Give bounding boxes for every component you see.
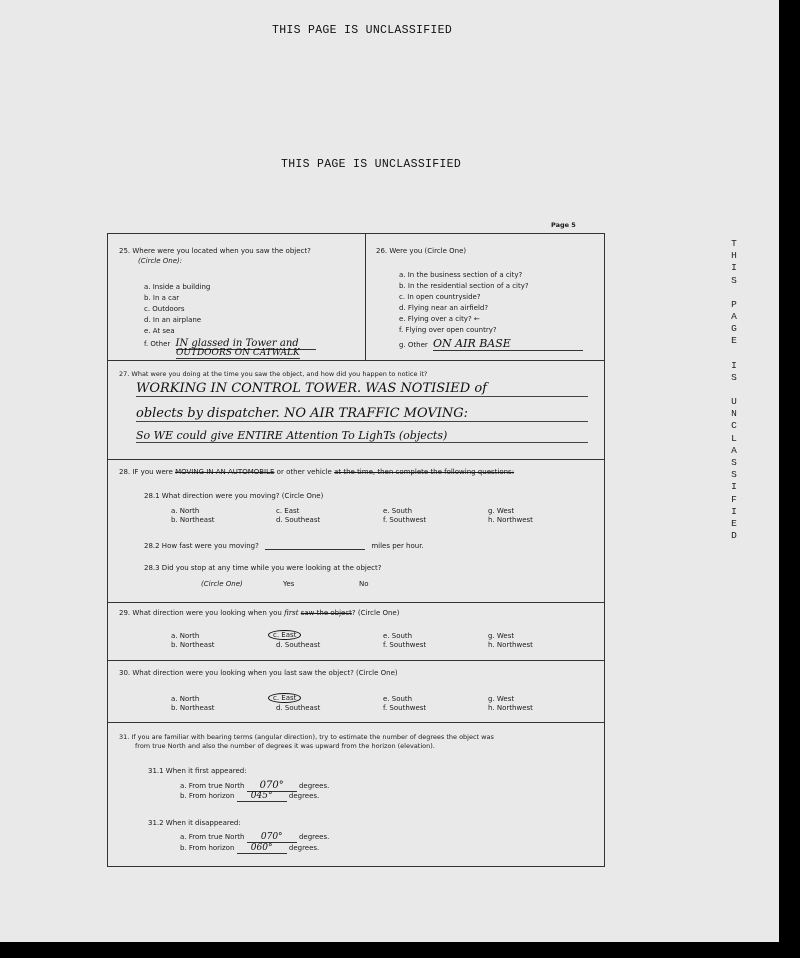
q28-1-option-f: f. Southwest [383, 516, 426, 524]
q28-1-option-d: d. Southeast [276, 516, 320, 524]
q31-2-label: 31.2 When it disappeared: [148, 819, 241, 827]
q31-2-north-row: a. From true North 070° degrees. [180, 832, 329, 843]
q28-question: 28. IF you were MOVING IN AN AUTOMOBILE … [119, 468, 514, 476]
section-q31: 31. If you are familiar with bearing ter… [108, 723, 604, 868]
q29-question: 29. What direction were you looking when… [119, 609, 399, 617]
q31-1-north-unit: degrees. [299, 782, 329, 790]
q31-question-line1: 31. If you are familiar with bearing ter… [119, 733, 494, 741]
q29-option-c-selected: c. East [268, 630, 301, 640]
q30-option-a: a. North [171, 695, 199, 703]
q28-3-option-no: No [359, 580, 369, 588]
q26-option-c: c. In open countryside? [399, 293, 481, 301]
q31-1-horizon-row: b. From horizon 045° degrees. [180, 791, 319, 802]
q27-answer-line3[interactable]: So WE could give ENTIRE Attention To Lig… [136, 429, 588, 443]
q25-option-e: e. At sea [144, 327, 175, 335]
q30-option-d: d. Southeast [276, 704, 320, 712]
q28-1-option-c: c. East [276, 507, 299, 515]
q30-option-e: e. South [383, 695, 412, 703]
q26-option-e: e. Flying over a city? ← [399, 315, 480, 323]
classification-stamp-top: THIS PAGE IS UNCLASSIFIED [272, 24, 452, 37]
q31-2-horizon-label: b. From horizon [180, 844, 234, 852]
section-q30: 30. What direction were you looking when… [108, 661, 604, 723]
q31-1-label: 31.1 When it first appeared: [148, 767, 247, 775]
q31-1-north-label: a. From true North [180, 782, 244, 790]
q28-1-option-g: g. West [488, 507, 514, 515]
q30-option-h: h. Northwest [488, 704, 533, 712]
q28-1-option-e: e. South [383, 507, 412, 515]
section-q27: 27. What were you doing at the time you … [108, 361, 604, 460]
q29-option-g: g. West [488, 632, 514, 640]
q27-question: 27. What were you doing at the time you … [119, 370, 427, 378]
section-q29: 29. What direction were you looking when… [108, 603, 604, 661]
q28-1-option-h: h. Northwest [488, 516, 533, 524]
scanned-page: THIS PAGE IS UNCLASSIFIED THIS PAGE IS U… [0, 0, 779, 942]
q26-option-g: g. Other ON AIR BASE [399, 337, 583, 351]
q25-other-answer-line2[interactable]: OUTDOORS ON CATWALK [176, 348, 300, 359]
q28-2-question: 28.2 How fast were you moving? [144, 542, 259, 550]
q25-option-c: c. Outdoors [144, 305, 185, 313]
q26-other-label: g. Other [399, 341, 428, 349]
section-q25-q26: 25. Where were you located when you saw … [108, 234, 604, 361]
q30-question: 30. What direction were you looking when… [119, 669, 398, 677]
q26-option-b: b. In the residential section of a city? [399, 282, 529, 290]
q28-1-option-a: a. North [171, 507, 199, 515]
q30-option-f: f. Southwest [383, 704, 426, 712]
q26-option-a: a. In the business section of a city? [399, 271, 522, 279]
q25-question: 25. Where were you located when you saw … [119, 247, 311, 255]
q25-other-label: f. Other [144, 340, 170, 348]
q28-1-option-b: b. Northeast [171, 516, 214, 524]
q27-answer-line2[interactable]: oblects by dispatcher. NO AIR TRAFFIC MO… [136, 406, 588, 422]
q30-option-c-selected: c. East [268, 693, 301, 703]
q31-question-line2: from true North and also the number of d… [135, 742, 435, 750]
classification-stamp-vertical: THIS PAGE IS UNCLASSIFIED [727, 238, 741, 542]
q26-other-answer[interactable]: ON AIR BASE [433, 337, 583, 351]
q29-option-f: f. Southwest [383, 641, 426, 649]
q30-option-b: b. Northeast [171, 704, 214, 712]
q26-option-f: f. Flying over open country? [399, 326, 497, 334]
q31-2-horizon-unit: degrees. [289, 844, 319, 852]
q30-option-g: g. West [488, 695, 514, 703]
q31-2-north-label: a. From true North [180, 833, 244, 841]
q31-1-horizon-unit: degrees. [289, 792, 319, 800]
q25-option-d: d. In an airplane [144, 316, 201, 324]
q28-3-instruction: (Circle One) [201, 580, 243, 588]
q31-1-horizon-label: b. From horizon [180, 792, 234, 800]
q28-3-question: 28.3 Did you stop at any time while you … [144, 564, 381, 572]
q28-1-question: 28.1 What direction were you moving? (Ci… [144, 492, 323, 500]
q28-3-option-yes: Yes [283, 580, 294, 588]
q28-2-suffix: miles per hour. [371, 542, 423, 550]
page-number: Page 5 [551, 221, 576, 229]
q31-1-horizon-field[interactable]: 045° [237, 791, 287, 802]
q29-option-d: d. Southeast [276, 641, 320, 649]
q28-2-row: 28.2 How fast were you moving? miles per… [144, 541, 424, 550]
q31-2-north-unit: degrees. [299, 833, 329, 841]
q31-2-horizon-row: b. From horizon 060° degrees. [180, 843, 319, 854]
classification-stamp-second: THIS PAGE IS UNCLASSIFIED [281, 158, 461, 171]
q31-2-north-field[interactable]: 070° [247, 832, 297, 843]
q26-question: 26. Were you (Circle One) [376, 247, 466, 255]
q25-option-a: a. Inside a building [144, 283, 210, 291]
q28-2-speed-field[interactable] [265, 541, 365, 550]
questionnaire-form: 25. Where were you located when you saw … [107, 233, 605, 867]
column-divider [365, 234, 366, 361]
q26-option-d: d. Flying near an airfield? [399, 304, 488, 312]
q29-option-e: e. South [383, 632, 412, 640]
q29-option-b: b. Northeast [171, 641, 214, 649]
q25-option-b: b. In a car [144, 294, 179, 302]
q27-answer-line1[interactable]: WORKING IN CONTROL TOWER. WAS NOTISIED o… [136, 381, 588, 397]
q25-instruction: (Circle One): [138, 257, 182, 265]
q29-option-a: a. North [171, 632, 199, 640]
section-q28: 28. IF you were MOVING IN AN AUTOMOBILE … [108, 460, 604, 603]
q29-option-h: h. Northwest [488, 641, 533, 649]
q31-2-horizon-field[interactable]: 060° [237, 843, 287, 854]
